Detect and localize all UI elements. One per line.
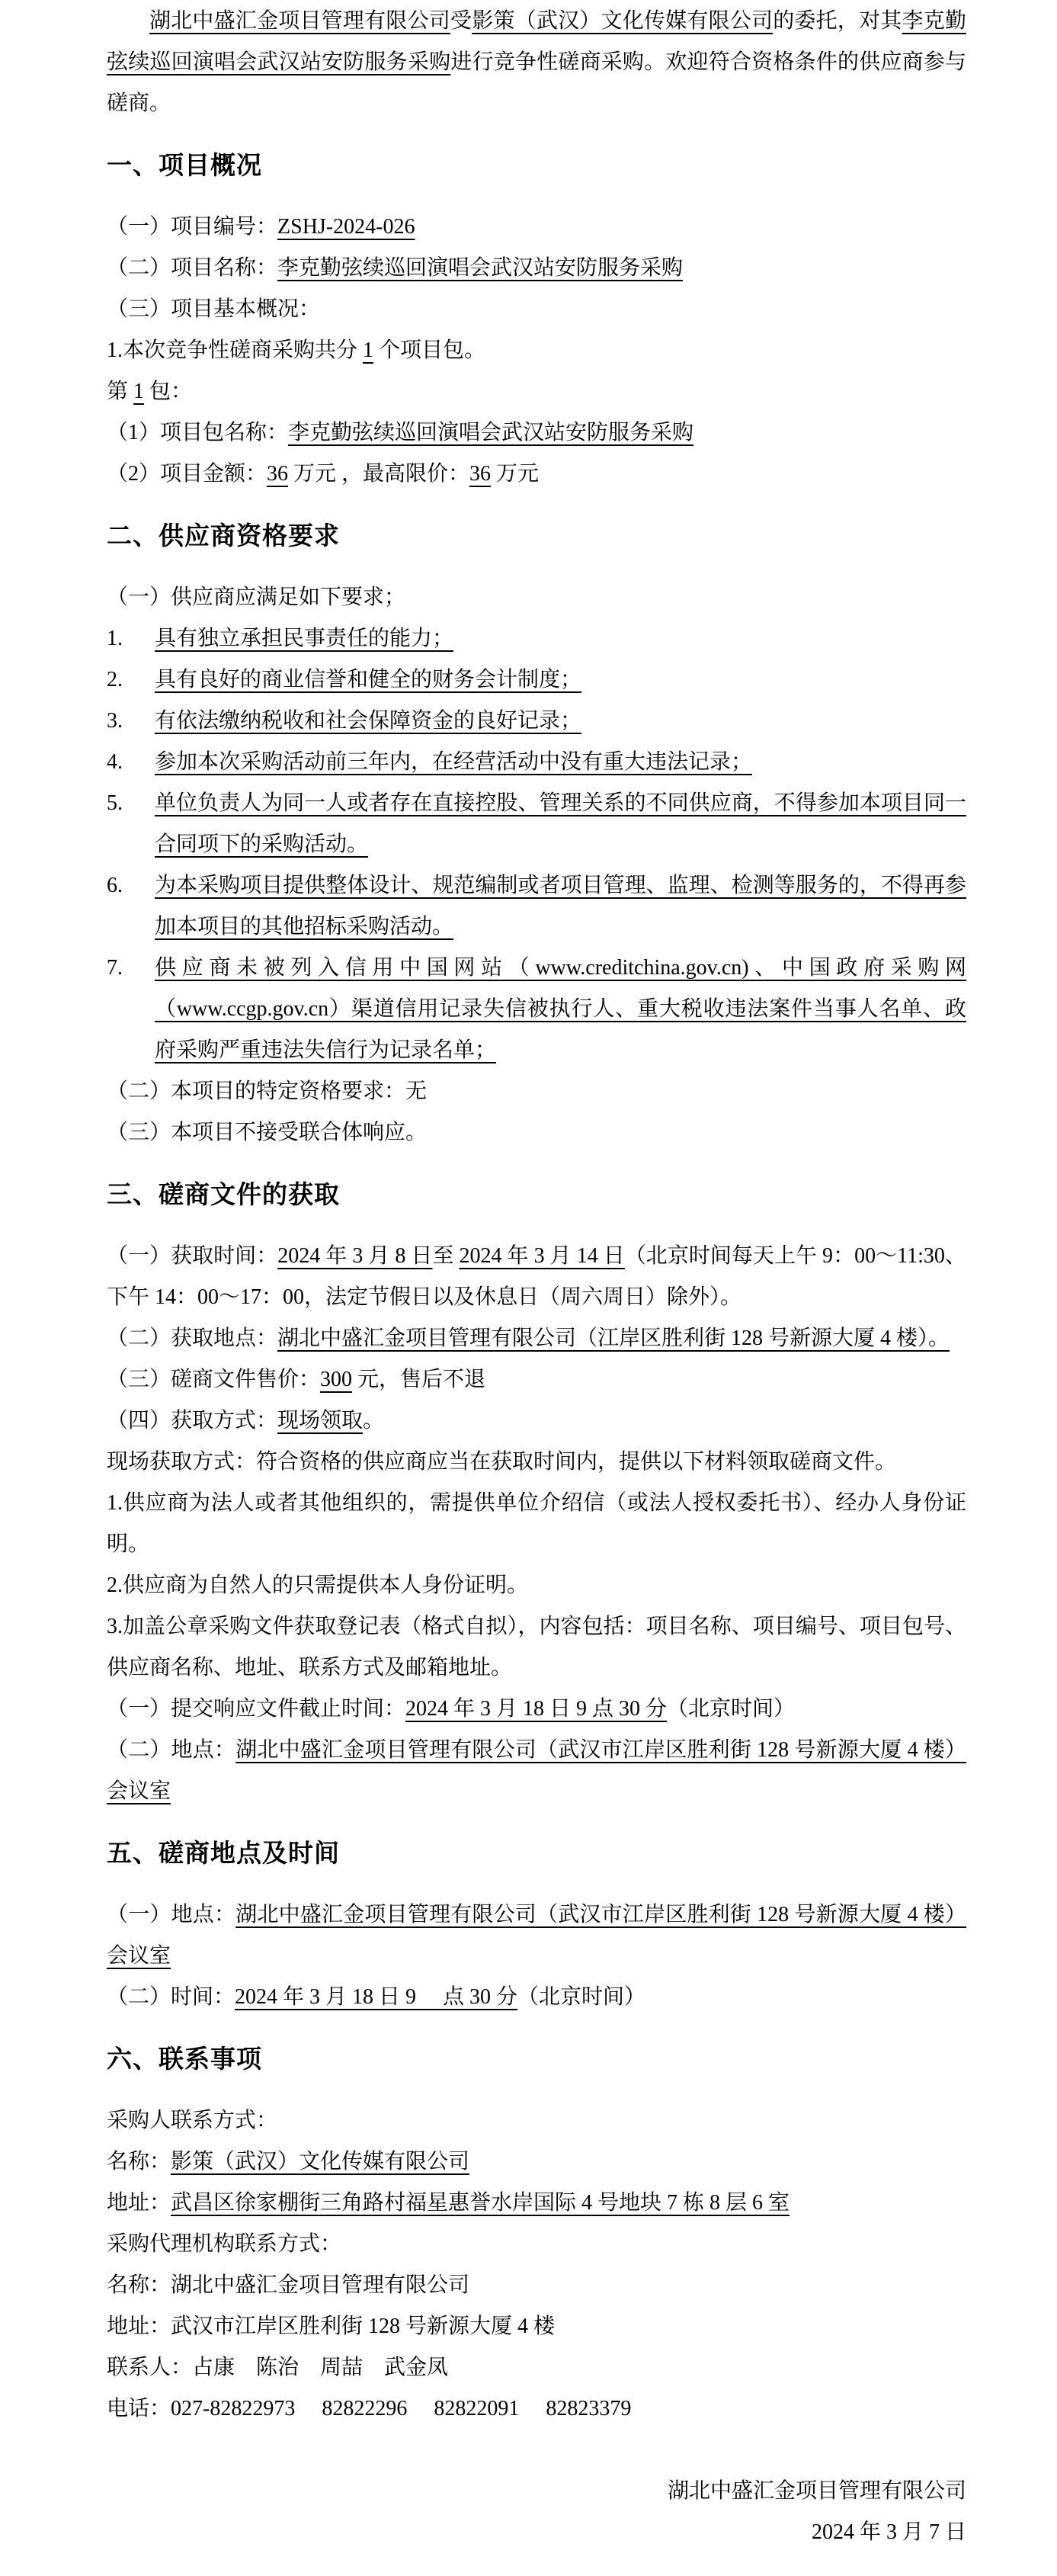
underlined-value: 湖北中盛汇金项目管理有限公司（武汉市江岸区胜利街 128 号新源大厦 4 楼）会… bbox=[107, 1738, 966, 1803]
text-run: 地址：武汉市江岸区胜利街 128 号新源大厦 4 楼 bbox=[107, 2315, 555, 2338]
list-item: 6.为本采购项目提供整体设计、规范编制或者项目管理、监理、检测等服务的，不得再参… bbox=[107, 865, 966, 948]
paragraph: 地址：武汉市江岸区胜利街 128 号新源大厦 4 楼 bbox=[107, 2306, 966, 2347]
text-run: （二）地点： bbox=[107, 1738, 235, 1762]
list-item: 4.参加本次采购活动前三年内，在经营活动中没有重大违法记录； bbox=[107, 742, 966, 783]
footer-date: 2024 年 3 月 7 日 bbox=[107, 2512, 966, 2553]
underlined-value: 2024 年 3 月 8 日 bbox=[277, 1244, 432, 1268]
text-run: （北京时间） bbox=[517, 1985, 645, 2009]
underlined-value: 单位负责人为同一人或者存在直接控股、管理关系的不同供应商，不得参加本项目同一合同… bbox=[155, 791, 966, 856]
section-heading: 二、供应商资格要求 bbox=[107, 515, 966, 557]
text-run: （三）本项目不接受联合体响应。 bbox=[107, 1121, 427, 1144]
paragraph: （1）项目包名称：李克勤弦续巡回演唱会武汉站安防服务采购 bbox=[107, 412, 966, 454]
text-run: 3.加盖公章采购文件获取登记表（格式自拟），内容包括：项目名称、项目编号、项目包… bbox=[107, 1615, 966, 1679]
underlined-value: 300 bbox=[320, 1368, 352, 1391]
section-heading: 三、磋商文件的获取 bbox=[107, 1174, 966, 1215]
paragraph: （二）获取地点：湖北中盛汇金项目管理有限公司（江岸区胜利街 128 号新源大厦 … bbox=[107, 1318, 966, 1359]
paragraph: （三）项目基本概况： bbox=[107, 289, 966, 330]
text-run: （四）获取方式： bbox=[107, 1409, 277, 1432]
underlined-value: 具有独立承担民事责任的能力； bbox=[155, 627, 453, 650]
underlined-value: 具有良好的商业信誉和健全的财务会计制度； bbox=[155, 668, 581, 691]
text-run: 受 bbox=[450, 9, 472, 33]
underlined-value: 李克勤弦续巡回演唱会武汉站安防服务采购 bbox=[277, 256, 683, 280]
paragraph: 采购代理机构联系方式： bbox=[107, 2224, 966, 2265]
underlined-value: 湖北中盛汇金项目管理有限公司（武汉市江岸区胜利街 128 号新源大厦 4 楼）会… bbox=[107, 1903, 966, 1968]
footer-company: 湖北中盛汇金项目管理有限公司 bbox=[107, 2471, 966, 2512]
list-item-number: 2. bbox=[107, 659, 123, 701]
text-run: （一）地点： bbox=[107, 1903, 235, 1926]
text-run: （二）本项目的特定资格要求：无 bbox=[107, 1079, 427, 1103]
underlined-value: 36 bbox=[469, 462, 491, 486]
section-heading: 六、联系事项 bbox=[107, 2039, 966, 2080]
list-item: 7.供应商未被列入信用中国网站（www.creditchina.gov.cn)、… bbox=[107, 948, 966, 1071]
text-run: 万元 ，最高限价： bbox=[288, 462, 469, 486]
paragraph: 电话：027-82822973 82822296 82822091 828233… bbox=[107, 2388, 966, 2430]
underlined-value: 有依法缴纳税收和社会保障资金的良好记录； bbox=[155, 709, 581, 733]
paragraph: （一）项目编号：ZSHJ-2024-026 bbox=[107, 207, 966, 248]
paragraph: 现场获取方式：符合资格的供应商应当在获取时间内，提供以下材料领取磋商文件。 bbox=[107, 1442, 966, 1483]
underlined-value: 湖北中盛汇金项目管理有限公司 bbox=[149, 9, 450, 33]
text-run: 湖北中盛汇金项目管理有限公司 bbox=[668, 2479, 966, 2503]
text-run: 六、联系事项 bbox=[107, 2045, 262, 2073]
paragraph: （四）获取方式：现场领取。 bbox=[107, 1400, 966, 1442]
underlined-value: 为本采购项目提供整体设计、规范编制或者项目管理、监理、检测等服务的，不得再参加本… bbox=[155, 874, 966, 938]
paragraph: 名称：影策（武汉）文化传媒有限公司 bbox=[107, 2141, 966, 2183]
paragraph: （一）提交响应文件截止时间：2024 年 3 月 18 日 9 点 30 分（北… bbox=[107, 1689, 966, 1730]
paragraph: （二）项目名称：李克勤弦续巡回演唱会武汉站安防服务采购 bbox=[107, 248, 966, 289]
underlined-value: 影策（武汉）文化传媒有限公司 bbox=[171, 2150, 469, 2173]
text-run: 采购人联系方式： bbox=[107, 2109, 277, 2132]
underlined-value: 36 bbox=[267, 462, 288, 486]
underlined-value: ZSHJ-2024-026 bbox=[277, 215, 415, 239]
text-run: （2）项目金额： bbox=[107, 462, 267, 486]
text-run: 至 bbox=[432, 1244, 459, 1268]
section-heading: 一、项目概况 bbox=[107, 145, 966, 186]
text-run: 第 bbox=[107, 380, 133, 403]
underlined-value: 2024 年 3 月 18 日 9 点 30 分 bbox=[235, 1985, 517, 2009]
paragraph: 3.加盖公章采购文件获取登记表（格式自拟），内容包括：项目名称、项目编号、项目包… bbox=[107, 1606, 966, 1689]
text-run: 个项目包。 bbox=[373, 338, 485, 362]
text-run: （一）获取时间： bbox=[107, 1244, 277, 1268]
section-heading: 五、磋商地点及时间 bbox=[107, 1833, 966, 1874]
paragraph: 采购人联系方式： bbox=[107, 2100, 966, 2141]
text-run: （三）项目基本概况： bbox=[107, 297, 320, 321]
paragraph: 1.本次竞争性磋商采购共分 1 个项目包。 bbox=[107, 330, 966, 371]
paragraph: 湖北中盛汇金项目管理有限公司受影策（武汉）文化传媒有限公司的委托，对其李克勤弦续… bbox=[107, 1, 966, 124]
list-item: 1.具有独立承担民事责任的能力； bbox=[107, 618, 966, 659]
text-run: 万元 bbox=[491, 462, 539, 486]
text-run: （一）供应商应满足如下要求； bbox=[107, 585, 405, 609]
underlined-value: 李克勤弦续巡回演唱会武汉站安防服务采购 bbox=[288, 421, 693, 444]
text-run: 采购代理机构联系方式： bbox=[107, 2232, 341, 2256]
text-run: 现场获取方式：符合资格的供应商应当在获取时间内，提供以下材料领取磋商文件。 bbox=[107, 1450, 896, 1474]
text-run: （二）时间： bbox=[107, 1985, 235, 2009]
paragraph: 地址：武昌区徐家棚街三角路村福星惠誉水岸国际 4 号地块 7 栋 8 层 6 室 bbox=[107, 2183, 966, 2224]
text-run: 。 bbox=[363, 1409, 384, 1432]
paragraph: （三）磋商文件售价：300 元，售后不退 bbox=[107, 1359, 966, 1400]
paragraph: 1.供应商为法人或者其他组织的，需提供单位介绍信（或法人授权委托书）、经办人身份… bbox=[107, 1483, 966, 1565]
text-run: （三）磋商文件售价： bbox=[107, 1368, 320, 1391]
text-run: （二）获取地点： bbox=[107, 1326, 277, 1350]
text-run: 2.供应商为自然人的只需提供本人身份证明。 bbox=[107, 1574, 528, 1597]
paragraph: （2）项目金额：36 万元 ，最高限价：36 万元 bbox=[107, 454, 966, 495]
text-run: 元，售后不退 bbox=[352, 1368, 485, 1391]
paragraph: 联系人：占康 陈治 周喆 武金凤 bbox=[107, 2347, 966, 2388]
text-run: 2024 年 3 月 7 日 bbox=[812, 2520, 966, 2544]
paragraph: （二）地点：湖北中盛汇金项目管理有限公司（武汉市江岸区胜利街 128 号新源大厦… bbox=[107, 1730, 966, 1812]
text-run: 包： bbox=[144, 380, 192, 403]
list-item: 3.有依法缴纳税收和社会保障资金的良好记录； bbox=[107, 701, 966, 742]
document-page: 湖北中盛汇金项目管理有限公司受影策（武汉）文化传媒有限公司的委托，对其李克勤弦续… bbox=[0, 0, 1057, 2576]
text-run: 地址： bbox=[107, 2191, 171, 2215]
paragraph: 第 1 包： bbox=[107, 371, 966, 412]
text-run: 的委托，对其 bbox=[773, 9, 902, 33]
underlined-value: 1 bbox=[363, 338, 373, 362]
list-item-number: 4. bbox=[107, 742, 123, 783]
text-run: 三、磋商文件的获取 bbox=[107, 1180, 340, 1208]
paragraph: （二）本项目的特定资格要求：无 bbox=[107, 1071, 966, 1112]
text-run: （北京时间） bbox=[667, 1697, 795, 1721]
paragraph: 2.供应商为自然人的只需提供本人身份证明。 bbox=[107, 1565, 966, 1606]
paragraph: （三）本项目不接受联合体响应。 bbox=[107, 1112, 966, 1153]
underlined-value: 参加本次采购活动前三年内，在经营活动中没有重大违法记录； bbox=[155, 750, 752, 774]
text-run: 五、磋商地点及时间 bbox=[107, 1839, 340, 1867]
paragraph: （二）时间：2024 年 3 月 18 日 9 点 30 分（北京时间） bbox=[107, 1977, 966, 2018]
paragraph: （一）地点：湖北中盛汇金项目管理有限公司（武汉市江岸区胜利街 128 号新源大厦… bbox=[107, 1894, 966, 1977]
list-item: 5.单位负责人为同一人或者存在直接控股、管理关系的不同供应商，不得参加本项目同一… bbox=[107, 783, 966, 865]
text-run: 联系人：占康 陈治 周喆 武金凤 bbox=[107, 2356, 448, 2379]
paragraph: （一）获取时间：2024 年 3 月 8 日至 2024 年 3 月 14 日（… bbox=[107, 1236, 966, 1318]
list-item-number: 7. bbox=[107, 948, 123, 989]
text-run: 名称：湖北中盛汇金项目管理有限公司 bbox=[107, 2273, 469, 2297]
list-item-number: 3. bbox=[107, 701, 123, 742]
underlined-value: 影策（武汉）文化传媒有限公司 bbox=[472, 9, 773, 33]
text-run: 二、供应商资格要求 bbox=[107, 521, 340, 550]
text-run: （一）项目编号： bbox=[107, 215, 277, 239]
text-run: 名称： bbox=[107, 2150, 171, 2173]
underlined-value: 现场领取 bbox=[277, 1409, 363, 1432]
underlined-value: 供应商未被列入信用中国网站（www.creditchina.gov.cn)、中国… bbox=[155, 956, 966, 1062]
paragraph: （一）供应商应满足如下要求； bbox=[107, 577, 966, 618]
list-item: 2.具有良好的商业信誉和健全的财务会计制度； bbox=[107, 659, 966, 701]
paragraph: 名称：湖北中盛汇金项目管理有限公司 bbox=[107, 2265, 966, 2306]
underlined-value: 1 bbox=[133, 380, 144, 403]
underlined-value: 武昌区徐家棚街三角路村福星惠誉水岸国际 4 号地块 7 栋 8 层 6 室 bbox=[171, 2191, 790, 2215]
text-run: （二）项目名称： bbox=[107, 256, 277, 280]
text-run: 1.本次竞争性磋商采购共分 bbox=[107, 338, 363, 362]
underlined-value: 2024 年 3 月 14 日 bbox=[460, 1244, 625, 1268]
text-run: （一）提交响应文件截止时间： bbox=[107, 1697, 405, 1721]
text-run: 电话：027-82822973 82822296 82822091 828233… bbox=[107, 2397, 631, 2420]
underlined-value: 2024 年 3 月 18 日 9 点 30 分 bbox=[405, 1697, 667, 1721]
text-run: 一、项目概况 bbox=[107, 151, 262, 179]
text-run: （1）项目包名称： bbox=[107, 421, 288, 444]
list-item-number: 1. bbox=[107, 618, 123, 659]
text-run: 1.供应商为法人或者其他组织的，需提供单位介绍信（或法人授权委托书）、经办人身份… bbox=[107, 1491, 966, 1556]
underlined-value: 湖北中盛汇金项目管理有限公司（江岸区胜利街 128 号新源大厦 4 楼）。 bbox=[277, 1326, 950, 1350]
list-item-number: 5. bbox=[107, 783, 123, 824]
list-item-number: 6. bbox=[107, 865, 123, 906]
